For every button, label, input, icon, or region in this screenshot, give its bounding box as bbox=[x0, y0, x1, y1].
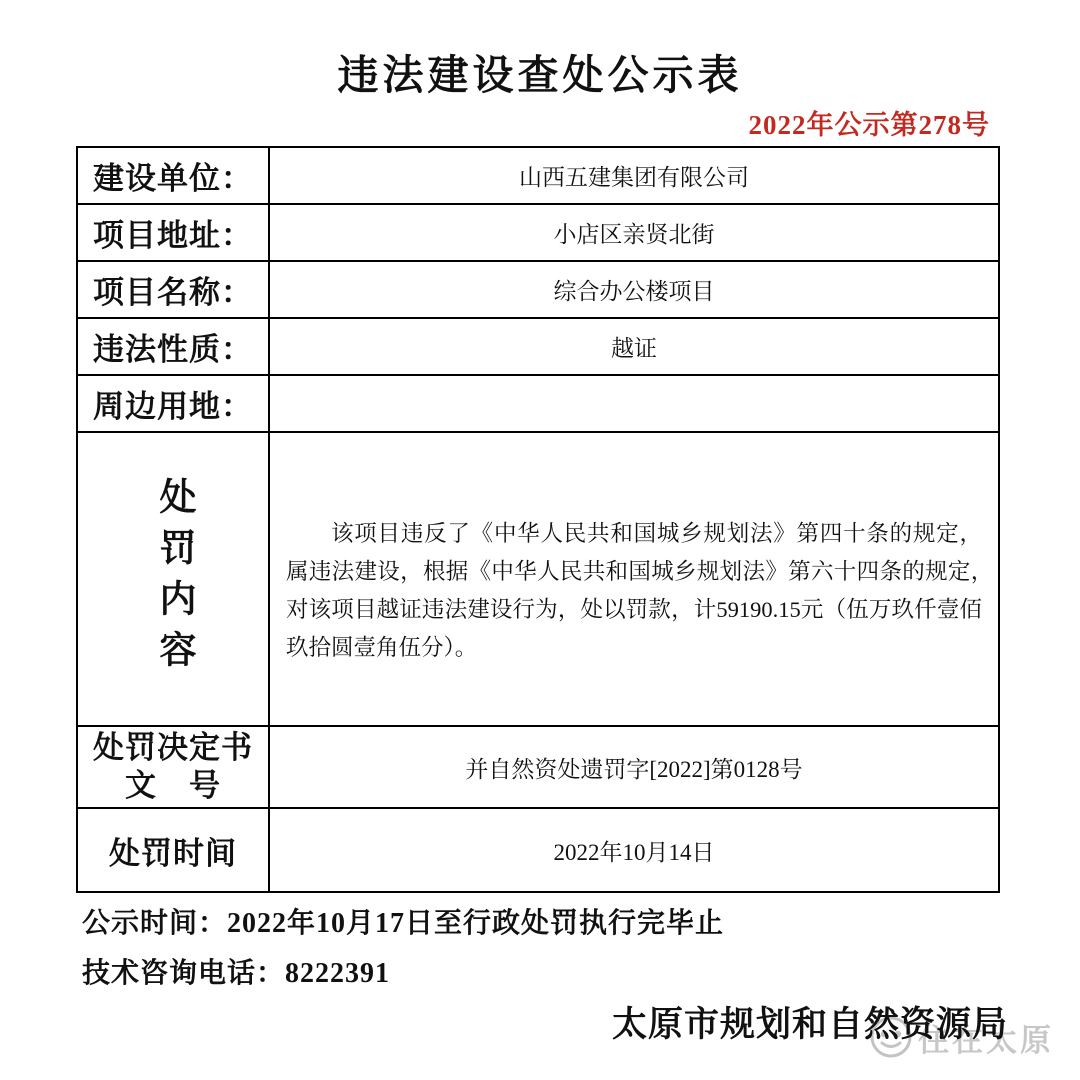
row-label: 项目名称： bbox=[78, 262, 270, 317]
row-value: 综合办公楼项目 bbox=[270, 262, 998, 317]
table-row-project-name: 项目名称： 综合办公楼项目 bbox=[78, 262, 998, 319]
row-label: 违法性质： bbox=[78, 319, 270, 374]
table-row-violation-nature: 违法性质： 越证 bbox=[78, 319, 998, 376]
agency-name: 太原市规划和自然资源局 bbox=[612, 997, 1008, 1047]
table-row-decision-number: 处罚决定书 文 号 并自然资处遗罚字[2022]第0128号 bbox=[78, 727, 998, 809]
time-value: 2022年10月14日 bbox=[270, 809, 998, 891]
row-label: 周边用地： bbox=[78, 376, 270, 431]
row-value: 小店区亲贤北街 bbox=[270, 205, 998, 260]
table-row-surrounding-land: 周边用地： bbox=[78, 376, 998, 433]
page-title: 违法建设查处公示表 bbox=[0, 42, 1080, 101]
table-row-penalty-time: 处罚时间 2022年10月14日 bbox=[78, 809, 998, 891]
notice-table: 建设单位： 山西五建集团有限公司 项目地址： 小店区亲贤北街 项目名称： 综合办… bbox=[76, 146, 1000, 893]
decision-value: 并自然资处遗罚字[2022]第0128号 bbox=[270, 727, 998, 807]
decision-label-line1: 处罚决定书 bbox=[93, 729, 253, 767]
row-label: 建设单位： bbox=[78, 148, 270, 203]
publicity-period-text: 公示时间：2022年10月17日至行政处罚执行完毕止 bbox=[82, 901, 724, 941]
phone-text: 技术咨询电话：8222391 bbox=[82, 951, 390, 991]
row-value: 山西五建集团有限公司 bbox=[270, 148, 998, 203]
penalty-content-text: 该项目违反了《中华人民共和国城乡规划法》第四十条的规定，属违法建设，根据《中华人… bbox=[286, 515, 982, 667]
row-value: 越证 bbox=[270, 319, 998, 374]
row-value bbox=[270, 376, 998, 431]
doc-number: 2022年公示第278号 bbox=[749, 103, 991, 142]
table-row-project-address: 项目地址： 小店区亲贤北街 bbox=[78, 205, 998, 262]
time-label: 处罚时间 bbox=[78, 809, 270, 891]
notice-page: 违法建设查处公示表 2022年公示第278号 建设单位： 山西五建集团有限公司 … bbox=[0, 0, 1080, 1080]
penalty-content-cell: 该项目违反了《中华人民共和国城乡规划法》第四十条的规定，属违法建设，根据《中华人… bbox=[270, 433, 998, 725]
decision-label: 处罚决定书 文 号 bbox=[78, 727, 270, 807]
decision-label-line2: 文 号 bbox=[125, 767, 221, 805]
penalty-label: 处罚内容 bbox=[78, 433, 270, 725]
table-row-construction-unit: 建设单位： 山西五建集团有限公司 bbox=[78, 148, 998, 205]
table-row-penalty-content: 处罚内容 该项目违反了《中华人民共和国城乡规划法》第四十条的规定，属违法建设，根… bbox=[78, 433, 998, 727]
penalty-label-vertical: 处罚内容 bbox=[146, 477, 200, 681]
row-label: 项目地址： bbox=[78, 205, 270, 260]
